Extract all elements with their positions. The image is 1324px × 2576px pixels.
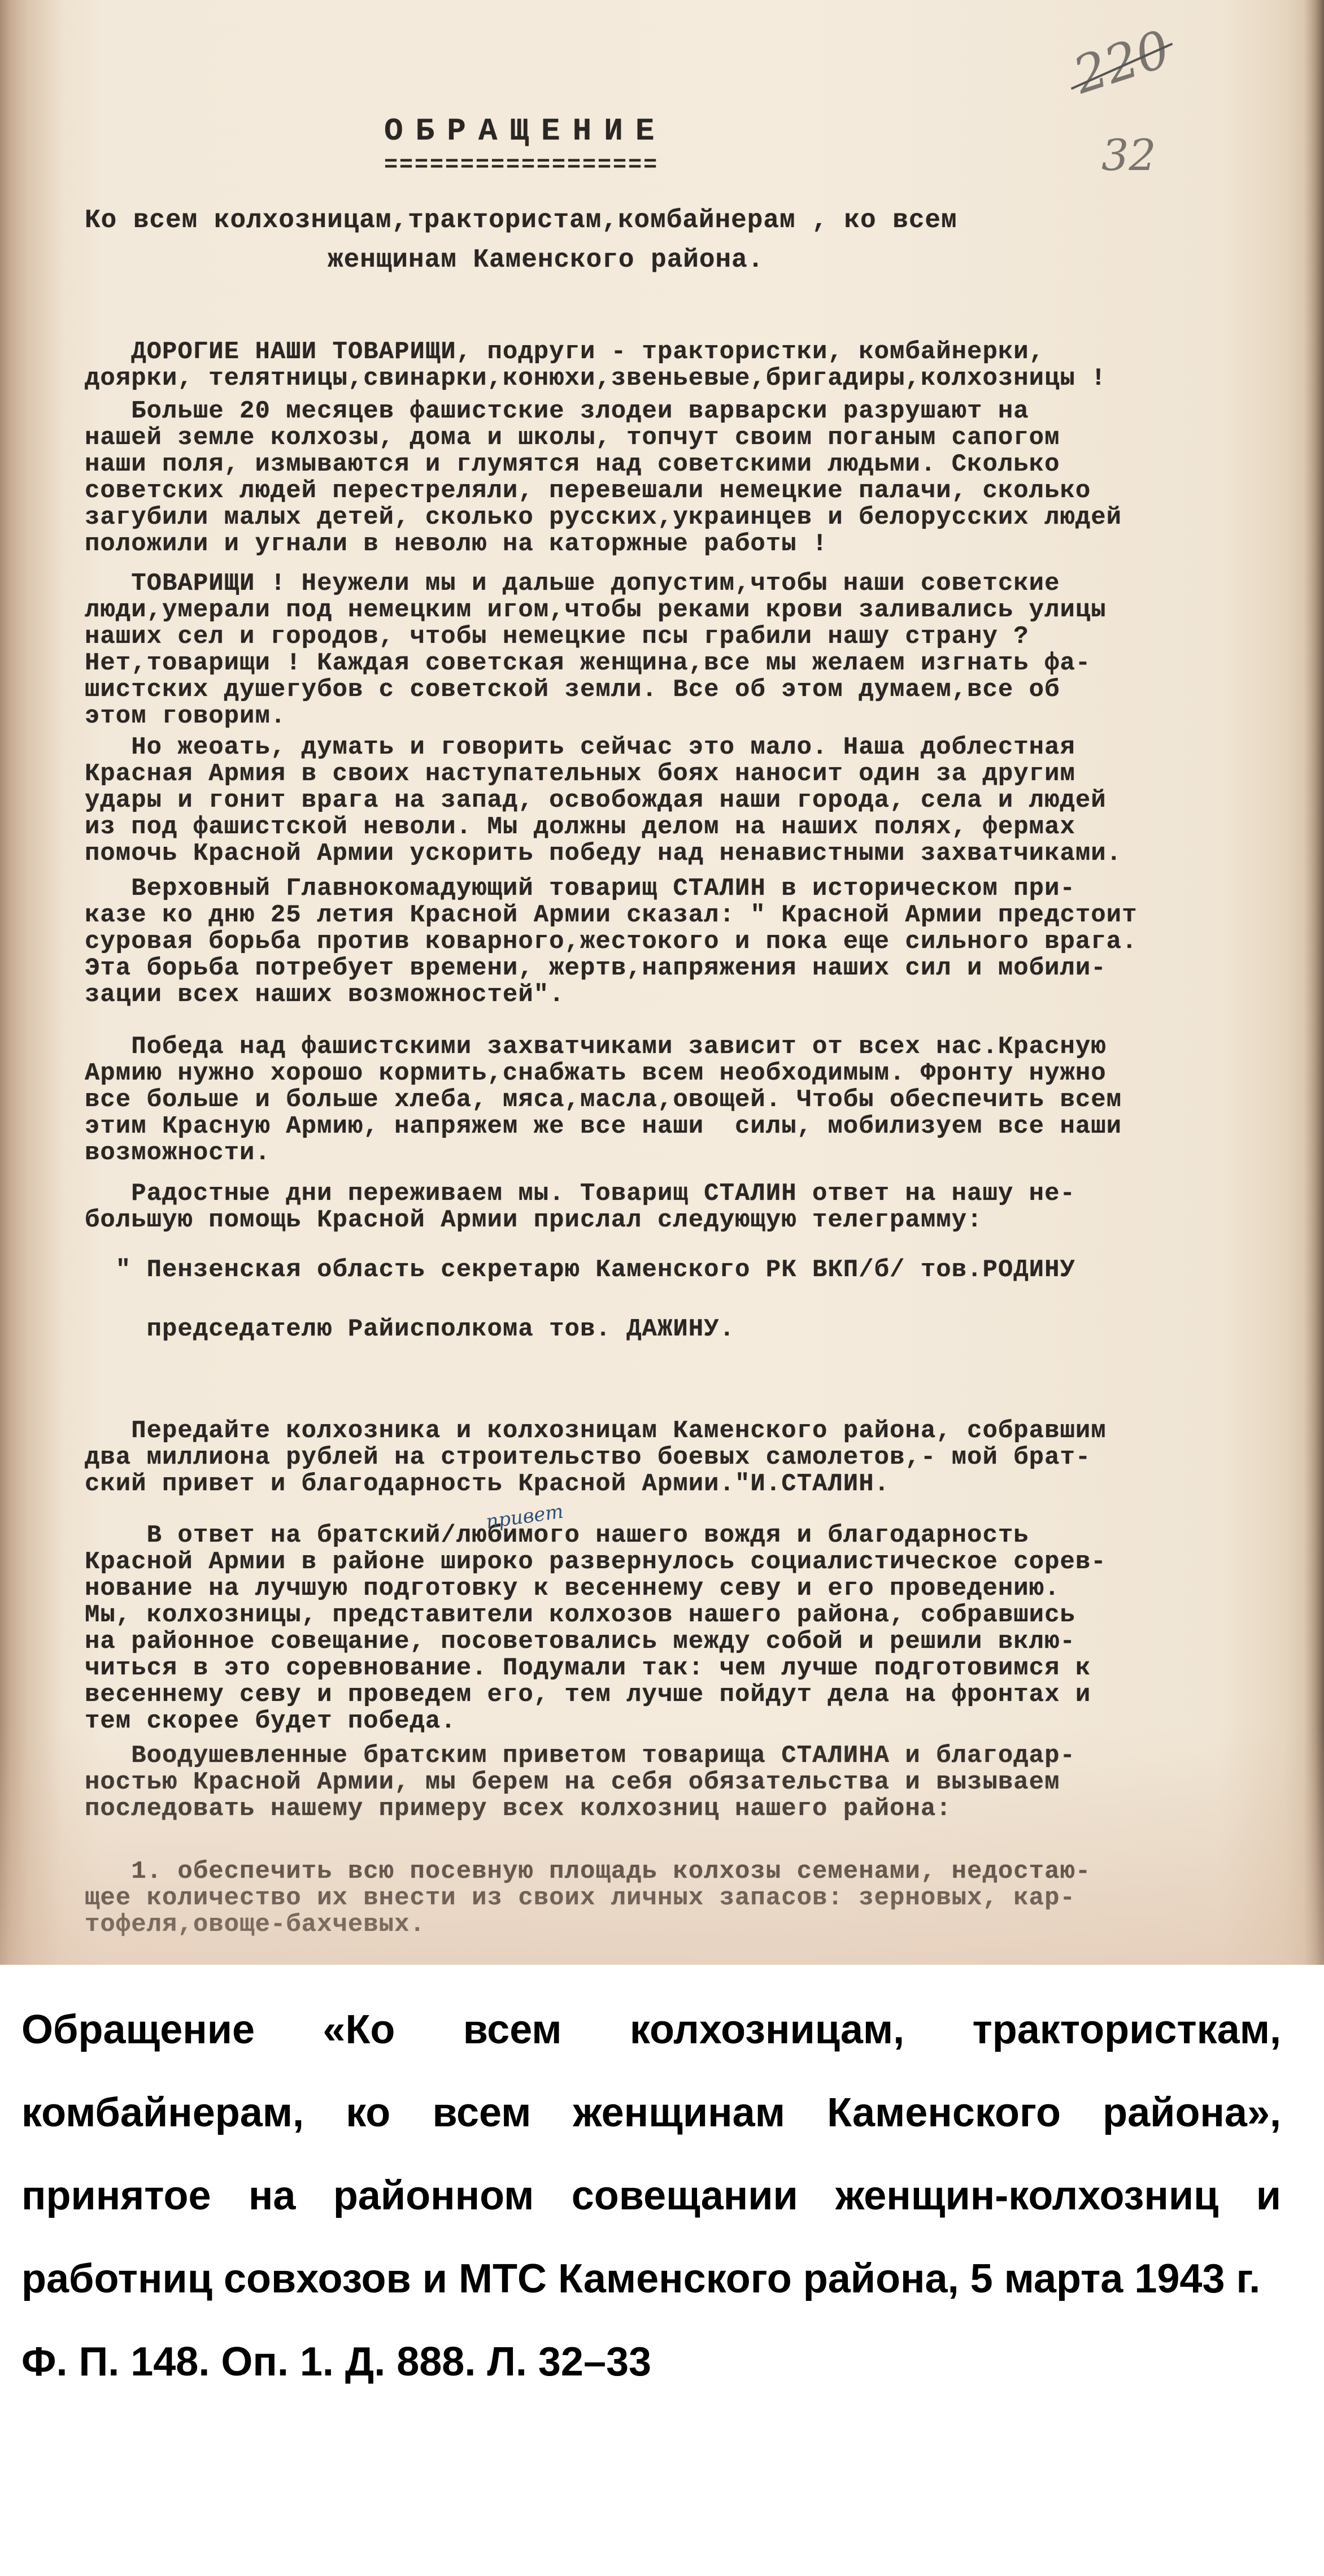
paragraph-line: " Пензенская область секретарю Каменског… bbox=[85, 1257, 1075, 1283]
paragraph-line: последовать нашему примеру всех колхозни… bbox=[85, 1796, 952, 1822]
paragraph-line: ТОВАРИЩИ ! Неужели мы и дальше допустим,… bbox=[85, 571, 1060, 597]
paragraph-line: загубили малых детей, сколько русских,ук… bbox=[85, 504, 1122, 531]
paragraph-line: Передайте колхозника и колхозницам Камен… bbox=[85, 1418, 1107, 1444]
paragraph-line: Верховный Главнокомадующий товарищ СТАЛИ… bbox=[85, 876, 1075, 902]
paragraph-line: на районное совещание, посоветовались ме… bbox=[85, 1629, 1075, 1655]
paragraph-line: большую помощь Красной Армии прислал сле… bbox=[85, 1207, 982, 1234]
archive-reference: Ф. П. 148. Оп. 1. Д. 888. Л. 32–33 bbox=[21, 2321, 1281, 2404]
paragraph-line: помочь Красной Армии ускорить победу над… bbox=[85, 841, 1122, 867]
caption-description: Обращение «Ко всем колхозницам, трактори… bbox=[21, 1988, 1281, 2321]
paragraph-line: этом говорим. bbox=[85, 703, 286, 730]
paragraph-line: доярки, телятницы,свинарки,конюхи,звенье… bbox=[85, 365, 1107, 392]
addressee-line-2: женщинам Каменского района. bbox=[328, 240, 764, 280]
paragraph-line: Армию нужно хорошо кормить,снабжать всем… bbox=[85, 1060, 1107, 1087]
paragraph-line: Радостные дни переживаем мы. Товарищ СТА… bbox=[85, 1181, 1075, 1207]
archival-document-scan: 220 32 ОБРАЩЕНИЕ ================== Ко в… bbox=[0, 0, 1324, 1965]
paragraph-line: наших сел и городов, чтобы немецкие псы … bbox=[85, 624, 1029, 650]
paragraph-line: ДОРОГИЕ НАШИ ТОВАРИЩИ, подруги - трактор… bbox=[85, 339, 1044, 365]
paragraph-line: этим Красную Армию, напряжем же все наши… bbox=[85, 1113, 1122, 1140]
paragraph-line: тофеля,овоще-бахчевых. bbox=[85, 1912, 425, 1938]
paragraph-line: 1. обеспечить всю посевную площадь колхо… bbox=[85, 1859, 1091, 1885]
paragraph-line: Больше 20 месяцев фашистские злодеи варв… bbox=[85, 398, 1029, 425]
paragraph-line: люди,умерали под немецким игом,чтобы рек… bbox=[85, 597, 1107, 624]
paragraph-line: наши поля, измываются и глумятся над сов… bbox=[85, 451, 1060, 478]
paragraph-line: Красной Армии в районе широко развернуло… bbox=[85, 1549, 1107, 1576]
paragraph-line: нашей земле колхозы, дома и школы, топчу… bbox=[85, 425, 1060, 451]
paragraph-line: Красная Армия в своих наступательных боя… bbox=[85, 761, 1075, 787]
paragraph-line: положили и угнали в неволю на каторжные … bbox=[85, 531, 827, 558]
paragraph-line: возможности. bbox=[85, 1140, 271, 1167]
paragraph-line: Победа над фашистскими захватчиками зави… bbox=[85, 1034, 1107, 1060]
paragraph-line: два миллиона рублей на строительство бое… bbox=[85, 1444, 1091, 1471]
paragraph-line: советских людей перестреляли, перевешали… bbox=[85, 478, 1091, 504]
addressee-line-1: Ко всем колхозницам,трактористам,комбайн… bbox=[85, 201, 957, 240]
paragraph-line: нование на лучшую подготовку к весеннему… bbox=[85, 1576, 1060, 1602]
paragraph-line: из под фашистской неволи. Мы должны дело… bbox=[85, 814, 1075, 841]
paragraph-line: Нет,товарищи ! Каждая советская женщина,… bbox=[85, 650, 1091, 677]
handwritten-page-number: 32 bbox=[1101, 130, 1156, 180]
title-underline: ================== bbox=[384, 153, 659, 178]
paragraph-line: тем скорее будет победа. bbox=[85, 1708, 456, 1735]
paragraph-line: все больше и больше хлеба, мяса,масла,ов… bbox=[85, 1087, 1122, 1113]
paragraph-line: удары и гонит врага на запад, освобождая… bbox=[85, 787, 1107, 814]
paragraph-line: шистских душегубов с советской земли. Вс… bbox=[85, 677, 1060, 703]
paragraph-line: Но жеоать, думать и говорить сейчас это … bbox=[85, 734, 1075, 761]
paragraph-line: Эта борьба потребует времени, жертв,напр… bbox=[85, 955, 1107, 982]
paragraph-line: В ответ на братский/любимого нашего вожд… bbox=[85, 1522, 1029, 1549]
paragraph-line: Мы, колхозницы, представители колхозов н… bbox=[85, 1602, 1075, 1629]
caption: Обращение «Ко всем колхозницам, трактори… bbox=[21, 1988, 1281, 2404]
paragraph-line: зации всех наших возможностей". bbox=[85, 982, 565, 1008]
paragraph-line: щее количество их внести из своих личных… bbox=[85, 1885, 1075, 1912]
paragraph-line: казе ко дню 25 летия Красной Армии сказа… bbox=[85, 902, 1138, 929]
handwritten-crossed-number: 220 bbox=[1066, 19, 1177, 106]
paragraph-line: весеннему севу и проведем его, тем лучше… bbox=[85, 1682, 1091, 1708]
paragraph-line: ский привет и благодарность Красной Арми… bbox=[85, 1471, 890, 1498]
paragraph-line: председателю Райисполкома тов. ДАЖИНУ. bbox=[85, 1316, 735, 1343]
paragraph-line: Воодушевленные братским приветом товарищ… bbox=[85, 1743, 1075, 1769]
paragraph-line: суровая борьба против коварного,жестоког… bbox=[85, 929, 1138, 955]
page-edge-shadow bbox=[1304, 0, 1324, 1965]
paragraph-line: ностью Красной Армии, мы берем на себя о… bbox=[85, 1769, 1060, 1796]
paragraph-line: читься в это соревнование. Подумали так:… bbox=[85, 1655, 1091, 1682]
document-title: ОБРАЩЕНИЕ bbox=[384, 113, 667, 149]
